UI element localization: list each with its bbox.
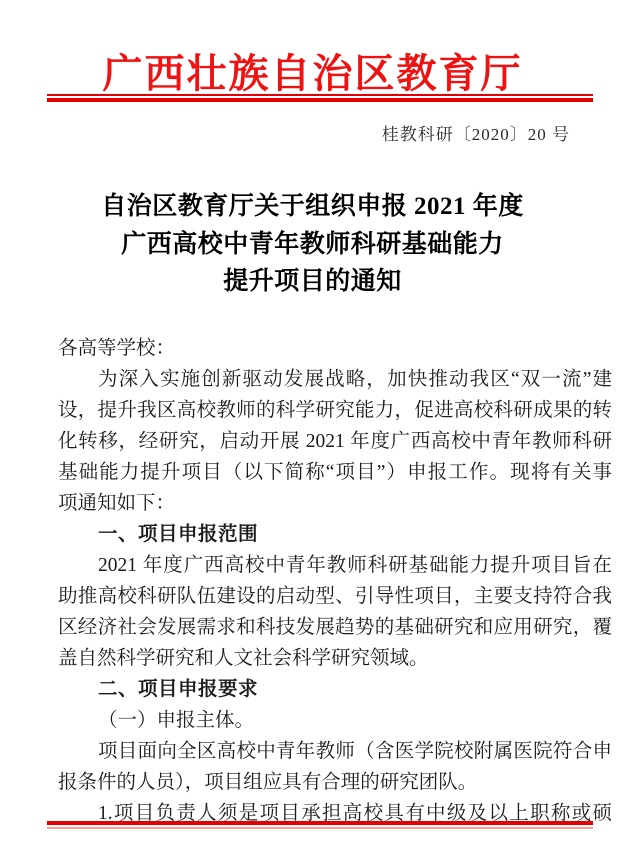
body-line: 基础能力提升项目（以下简称“项目”）申报工作。现将有关事	[58, 457, 612, 488]
body-line: 助推高校科研队伍建设的启动型、引导性项目，主要支持符合我	[58, 581, 612, 612]
salutation: 各高等学校：	[58, 333, 612, 364]
body-line: 项通知如下：	[58, 488, 612, 519]
body-line: 化转移，经研究，启动开展 2021 年度广西高校中青年教师科研	[58, 426, 612, 457]
title-line-2: 广西高校中青年教师科研基础能力	[0, 226, 625, 264]
body-line: 报条件的人员），项目组应具有合理的研究团队。	[58, 767, 612, 798]
body-line: 盖自然科学研究和人文社会科学研究领域。	[58, 643, 612, 674]
body-line: 项目面向全区高校中青年教师（含医学院校附属医院符合申	[58, 736, 612, 767]
document-number: 桂教科研〔2020〕20 号	[382, 120, 570, 145]
header-rule-thick-line	[47, 98, 593, 102]
notice-title: 自治区教育厅关于组织申报 2021 年度 广西高校中青年教师科研基础能力 提升项…	[0, 188, 625, 301]
document-page: 广西壮族自治区教育厅 桂教科研〔2020〕20 号 自治区教育厅关于组织申报 2…	[0, 0, 625, 861]
title-line-3: 提升项目的通知	[0, 263, 625, 301]
body-line: 为深入实施创新驱动发展战略，加快推动我区“双一流”建	[58, 364, 612, 395]
bottom-rule	[47, 821, 593, 829]
body-line: 2021 年度广西高校中青年教师科研基础能力提升项目旨在	[58, 550, 612, 581]
header-rule	[47, 94, 593, 102]
subsection-heading: （一）申报主体。	[58, 705, 612, 736]
body-line: 设，提升我区高校教师的科学研究能力，促进高校科研成果的转	[58, 395, 612, 426]
body-line: 区经济社会发展需求和科技发展趋势的基础研究和应用研究，覆	[58, 612, 612, 643]
section-heading-1: 一、项目申报范围	[58, 519, 612, 550]
agency-name: 广西壮族自治区教育厅	[0, 42, 625, 99]
bottom-rule-thin-line	[47, 827, 593, 829]
document-body: 各高等学校： 为深入实施创新驱动发展战略，加快推动我区“双一流”建 设，提升我区…	[58, 333, 612, 829]
section-heading-2: 二、项目申报要求	[58, 674, 612, 705]
title-line-1: 自治区教育厅关于组织申报 2021 年度	[0, 188, 625, 226]
